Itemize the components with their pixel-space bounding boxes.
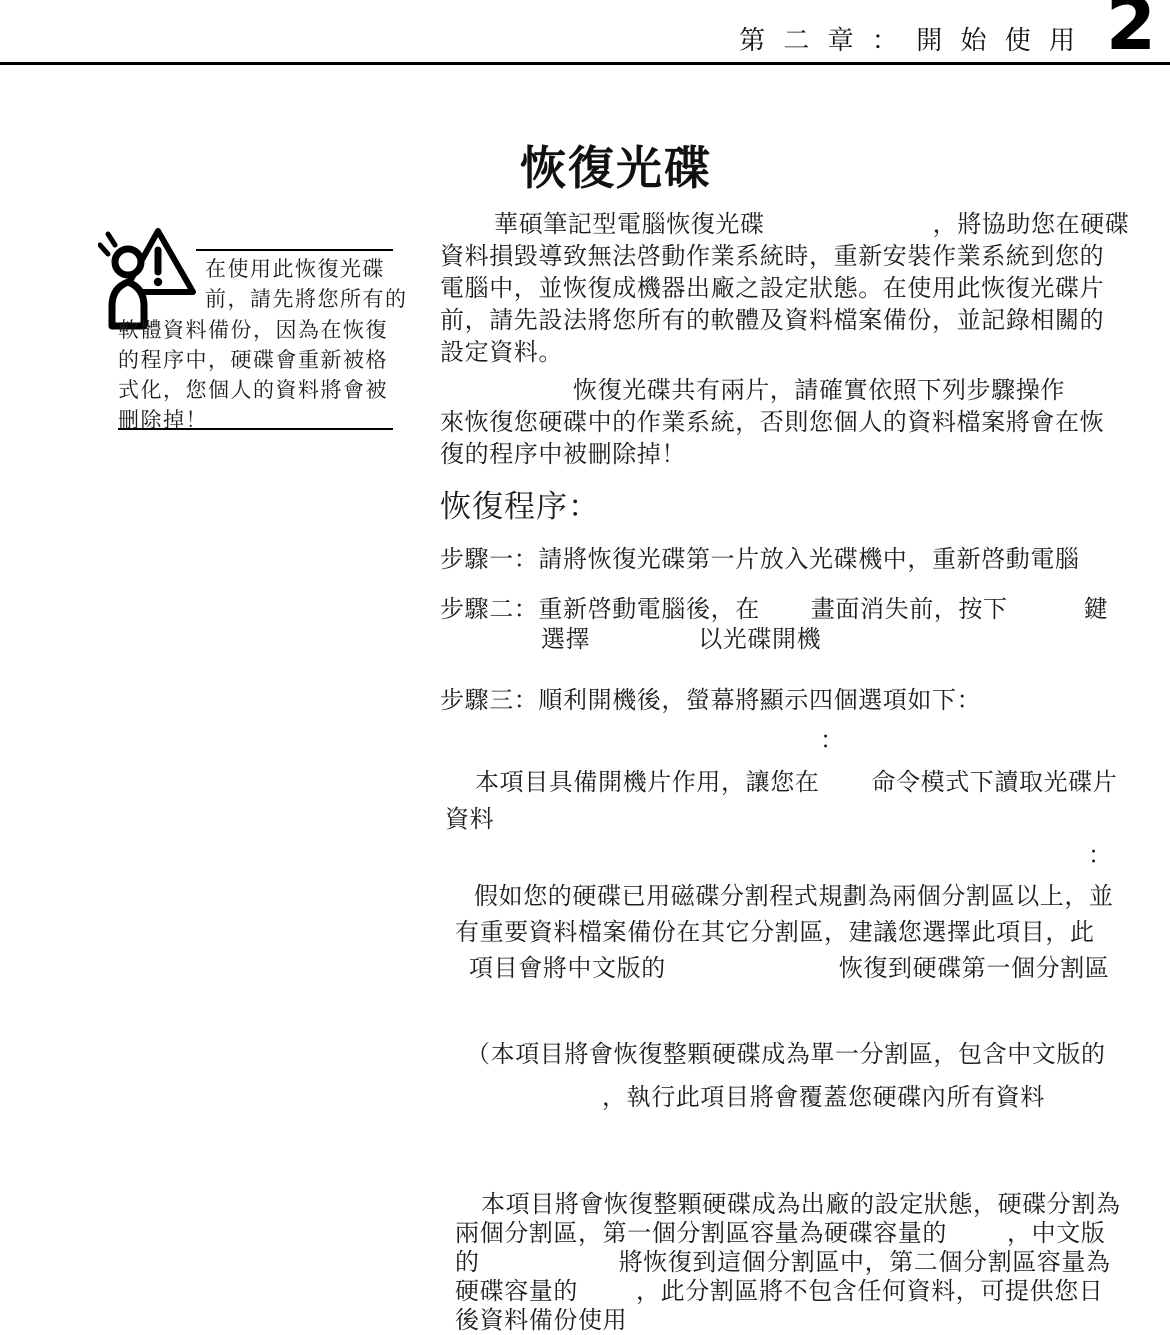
- para2-line-1: 恢復光碟共有兩片，請確實依照下列步驟操作: [440, 376, 1065, 405]
- warning-line-5: 式化，您個人的資料將會被: [118, 377, 388, 403]
- option4-line-5: 後資料備份使用: [455, 1306, 627, 1335]
- step-2-line-1: 步驟二：重新啓動電腦後，在畫面消失前，按下鍵: [440, 595, 1108, 624]
- option4-line-3: 的將恢復到這個分割區中，第二個分割區容量為: [455, 1248, 1111, 1277]
- chapter-heading: 第 二 章 ： 開 始 使 用: [739, 20, 1080, 57]
- option4-line-2: 兩個分割區，第一個分割區容量為硬碟容量的，中文版: [455, 1219, 1105, 1248]
- intro-line-1: 華碩筆記型電腦恢復光碟，將協助您在硬碟: [440, 210, 1129, 239]
- warning-bottom-rule: [118, 428, 393, 430]
- option2-line-3: 項目會將中文版的恢復到硬碟第一個分割區: [455, 954, 1109, 983]
- option2-line-2: 有重要資料檔案備份在其它分割區，建議您選擇此項目，此: [455, 918, 1095, 947]
- page-title: 恢復光碟: [520, 132, 712, 198]
- warning-line-4: 的程序中，硬碟會重新被格: [118, 347, 388, 373]
- chapter-number: 2: [1106, 0, 1156, 60]
- intro-line-4: 前，請先設法將您所有的軟體及資料檔案備份，並記錄相關的: [440, 306, 1104, 335]
- intro-line-5: 設定資料。: [440, 338, 563, 367]
- warning-line-1: 在使用此恢復光碟: [205, 256, 385, 282]
- option1-line-1: 本項目具備開機片作用，讓您在命令模式下讀取光碟片: [452, 768, 1117, 797]
- step-2-line-2: 選擇以光碟開機: [541, 625, 821, 654]
- option4-line-1: 本項目將會恢復整顆硬碟成為出廠的設定狀態，硬碟分割為: [455, 1190, 1121, 1219]
- header-rule: [0, 62, 1170, 65]
- para2-line-3: 復的程序中被刪除掉！: [440, 440, 686, 469]
- option3-line-1: （本項目將會恢復整顆硬碟成為單一分割區，包含中文版的: [466, 1040, 1106, 1069]
- para2-line-2: 來恢復您硬碟中的作業系統，否則您個人的資料檔案將會在恢: [440, 408, 1104, 437]
- warning-line-3: 軟體資料備份，因為在恢復: [118, 317, 388, 343]
- option1-line-2: 資料: [445, 805, 494, 834]
- option3-line-2: ，執行此項目將會覆蓋您硬碟內所有資料: [602, 1083, 1045, 1112]
- option1-title-colon: ：: [820, 726, 845, 755]
- warning-top-rule: [196, 249, 393, 251]
- intro-line-3: 電腦中，並恢復成機器出廠之設定狀態。在使用此恢復光碟片: [440, 274, 1104, 303]
- option2-title-colon: ：: [1088, 841, 1113, 870]
- manual-page: { "page": { "kind": "notebook-manual-pag…: [0, 0, 1170, 1335]
- step-1: 步驟一：請將恢復光碟第一片放入光碟機中，重新啓動電腦: [440, 545, 1080, 574]
- option4-line-4: 硬碟容量的，此分割區將不包含任何資料，可提供您日: [455, 1277, 1103, 1306]
- section-heading: 恢復程序：: [440, 481, 600, 526]
- intro-line-2: 資料損毀導致無法啓動作業系統時，重新安裝作業系統到您的: [440, 242, 1104, 271]
- step-3: 步驟三：順利開機後，螢幕將顯示四個選項如下：: [440, 686, 981, 715]
- option2-line-1: 假如您的硬碟已用磁碟分割程式規劃為兩個分割區以上，並: [455, 882, 1114, 911]
- warning-line-2: 前，請先將您所有的: [205, 286, 408, 312]
